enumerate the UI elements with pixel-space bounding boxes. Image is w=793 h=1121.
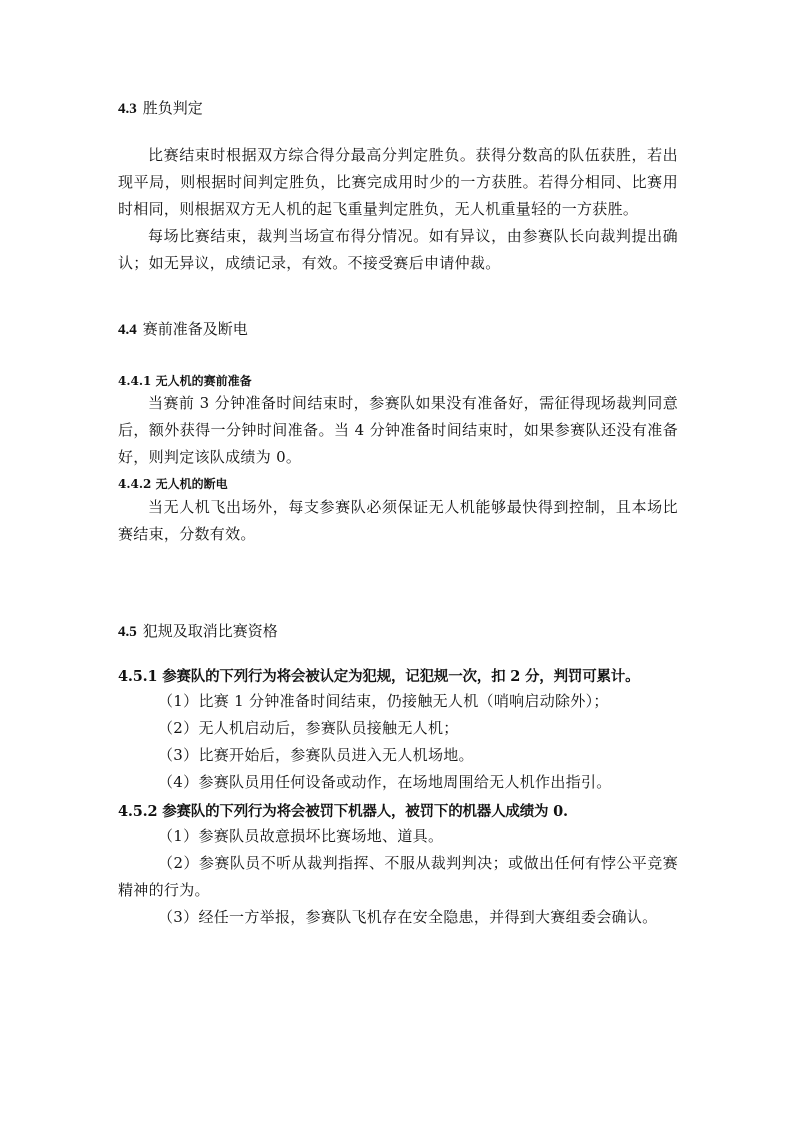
list-item: （3）比赛开始后，参赛队员进入无人机场地。 [118, 742, 678, 769]
paragraph: 当赛前 3 分钟准备时间结束时，参赛队如果没有准备好，需征得现场裁判同意后，额外… [118, 390, 678, 471]
section-heading-4-3: 4.3胜负判定 [118, 97, 203, 118]
section-title: 犯规及取消比赛资格 [143, 622, 278, 640]
subsection-heading-4-4-2: 4.4.2 无人机的断电 [118, 475, 228, 492]
subsection-heading-4-5-2: 4.5.2 参赛队的下列行为将会被罚下机器人，被罚下的机器人成绩为 0. [118, 800, 568, 821]
subsection-heading-4-4-1: 4.4.1 无人机的赛前准备 [118, 372, 252, 389]
subsection-heading-4-5-1: 4.5.1 参赛队的下列行为将会被认定为犯规，记犯规一次，扣 2 分，判罚可累计… [118, 665, 639, 686]
list-item: （1）参赛队员故意损坏比赛场地、道具。 [118, 823, 678, 850]
paragraph: 比赛结束时根据双方综合得分最高分判定胜负。获得分数高的队伍获胜，若出现平局，则根… [118, 142, 678, 223]
section-title: 赛前准备及断电 [143, 320, 248, 338]
list-item: （2）参赛队员不听从裁判指挥、不服从裁判判决；或做出任何有悖公平竞赛精神的行为。 [118, 850, 678, 904]
section-heading-4-5: 4.5犯规及取消比赛资格 [118, 620, 278, 641]
paragraph: 每场比赛结束，裁判当场宣布得分情况。如有异议，由参赛队长向裁判提出确认；如无异议… [118, 223, 678, 277]
section-number: 4.3 [118, 101, 137, 117]
paragraph: 当无人机飞出场外，每支参赛队必须保证无人机能够最快得到控制，且本场比赛结束，分数… [118, 494, 678, 548]
section-number: 4.4 [118, 322, 137, 338]
section-title: 胜负判定 [143, 99, 203, 117]
section-number: 4.5 [118, 624, 137, 640]
list-item: （2）无人机启动后，参赛队员接触无人机； [118, 715, 678, 742]
section-heading-4-4: 4.4赛前准备及断电 [118, 318, 248, 339]
list-item: （1）比赛 1 分钟准备时间结束，仍接触无人机（哨响启动除外）； [118, 688, 678, 715]
list-item: （3）经任一方举报，参赛队飞机存在安全隐患，并得到大赛组委会确认。 [118, 904, 678, 931]
list-item: （4）参赛队员用任何设备或动作，在场地周围给无人机作出指引。 [118, 769, 678, 796]
